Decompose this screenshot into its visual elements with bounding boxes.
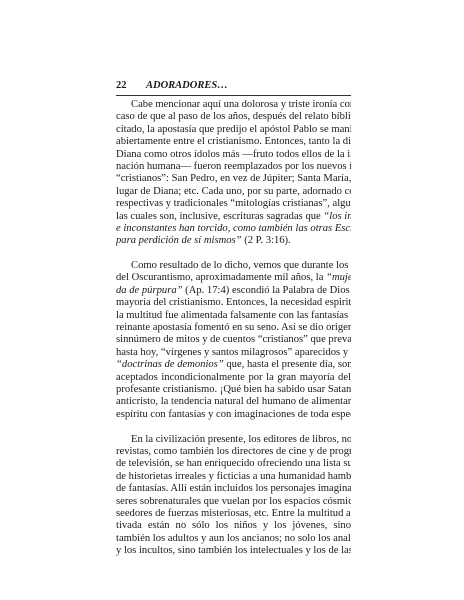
text-line: del Oscurantismo, aproximadamente mil añ… [116, 272, 351, 284]
italic-quote: “doctrinas de demonios” [116, 359, 224, 370]
running-title: ADORADORES… [146, 80, 228, 91]
paragraph: Como resultado de lo dicho, vemos que du… [116, 260, 351, 421]
text-line: y los incultos, sino también los intelec… [116, 545, 351, 557]
italic-quote: “mujer vesti- [326, 272, 351, 283]
text-line: para perdición de sí mismos” (2 P. 3:16)… [116, 235, 351, 247]
text-line: “cristianos”: San Pedro, en vez de Júpit… [116, 173, 351, 185]
text-run: “cristianos”: San Pedro, en vez de Júpit… [116, 173, 351, 184]
text-run: aceptados incondicionalmente por la gran… [116, 372, 351, 383]
text-line: la multitud fue alimentada falsamente co… [116, 310, 351, 322]
text-run: sinnúmero de mitos y de cuentos “cristia… [116, 334, 351, 345]
text-run: las cuales son, inclusive, escrituras sa… [116, 211, 323, 222]
header-rule [116, 95, 351, 96]
text-run: lugar de Diana; etc. Cada uno, por su pa… [116, 186, 351, 197]
text-run: (2 P. 3:16). [242, 235, 291, 246]
text-line: seedores de fuerzas misteriosas, etc. En… [116, 508, 351, 520]
text-run: respectivas y tradicionales “mitologías … [116, 198, 351, 209]
text-run: espíritu con fantasías y con imaginacion… [116, 409, 351, 420]
text-run: anticristo, la tendencia natural del hum… [116, 396, 351, 407]
text-line: anticristo, la tendencia natural del hum… [116, 396, 351, 408]
text-line: “doctrinas de demonios” que, hasta el pr… [116, 359, 351, 371]
text-line: Cabe mencionar aquí una dolorosa y trist… [116, 99, 351, 111]
book-page: 22 ADORADORES… Cabe mencionar aquí una d… [0, 0, 464, 600]
text-line: Como resultado de lo dicho, vemos que du… [116, 260, 351, 272]
text-run: (Ap. 17:4) escondió la Palabra de Dios a… [183, 285, 351, 296]
text-line: nación humana— fueron reemplazados por l… [116, 161, 351, 173]
text-line: también los adultos y aun los ancianos; … [116, 533, 351, 545]
text-line: profesante cristianismo. ¡Qué bien ha sa… [116, 384, 351, 396]
text-line: aceptados incondicionalmente por la gran… [116, 372, 351, 384]
italic-quote: para perdición de sí mismos” [116, 235, 242, 246]
text-line: respectivas y tradicionales “mitologías … [116, 198, 351, 210]
text-line: citado, la apostasía que predijo el após… [116, 124, 351, 136]
text-line: seres sobrenaturales que vuelan por los … [116, 496, 351, 508]
paragraph: En la civilización presente, los editore… [116, 434, 351, 558]
text-line: mayoría del cristianismo. Entonces, la n… [116, 297, 351, 309]
text-line: da de púrpura” (Ap. 17:4) escondió la Pa… [116, 285, 351, 297]
italic-quote: “los indoctos [323, 211, 351, 222]
italic-quote: e inconstantes han torcido, como también… [116, 223, 351, 234]
text-run: de historietas irreales y ficticias a un… [116, 471, 351, 482]
text-run: caso de que al paso de los años, después… [116, 111, 351, 122]
paragraph: Cabe mencionar aquí una dolorosa y trist… [116, 99, 351, 248]
page-number: 22 [116, 80, 127, 91]
running-header: 22 ADORADORES… [116, 80, 351, 94]
text-line: de historietas irreales y ficticias a un… [116, 471, 351, 483]
text-run: seres sobrenaturales que vuelan por los … [116, 496, 351, 507]
text-run: profesante cristianismo. ¡Qué bien ha sa… [116, 384, 351, 395]
text-run: hasta hoy, “vírgenes y santos milagrosos… [116, 347, 351, 358]
text-run: Diana como otros ídolos más —fruto todos… [116, 149, 351, 160]
text-line: En la civilización presente, los editore… [116, 434, 351, 446]
text-line: las cuales son, inclusive, escrituras sa… [116, 211, 351, 223]
text-run: Cabe mencionar aquí una dolorosa y trist… [131, 99, 351, 110]
text-run: de fantasías. Allí están incluidos los p… [116, 483, 351, 494]
text-run: reinante apostasía fomentó en su seno. A… [116, 322, 351, 333]
text-line: tivada están no sólo los niños y los jóv… [116, 520, 351, 532]
text-run: tivada están no sólo los niños y los jóv… [116, 520, 351, 531]
text-run: seedores de fuerzas misteriosas, etc. En… [116, 508, 351, 519]
text-line: caso de que al paso de los años, después… [116, 111, 351, 123]
text-line: sinnúmero de mitos y de cuentos “cristia… [116, 334, 351, 346]
text-line: lugar de Diana; etc. Cada uno, por su pa… [116, 186, 351, 198]
text-run: En la civilización presente, los editore… [131, 434, 351, 445]
text-line: de televisión, se han enriquecido ofreci… [116, 458, 351, 470]
text-run: revistas, como también los directores de… [116, 446, 351, 457]
text-line: revistas, como también los directores de… [116, 446, 351, 458]
text-line: espíritu con fantasías y con imaginacion… [116, 409, 351, 421]
text-run: abiertamente entre el cristianismo. Ento… [116, 136, 351, 147]
text-run: Como resultado de lo dicho, vemos que du… [131, 260, 351, 271]
text-run: también los adultos y aun los ancianos; … [116, 533, 351, 544]
text-line: Diana como otros ídolos más —fruto todos… [116, 149, 351, 161]
text-run: mayoría del cristianismo. Entonces, la n… [116, 297, 351, 308]
text-run: y los incultos, sino también los intelec… [116, 545, 351, 556]
text-run: que, hasta el presente día, son [224, 359, 351, 370]
text-run: nación humana— fueron reemplazados por l… [116, 161, 351, 172]
text-line: hasta hoy, “vírgenes y santos milagrosos… [116, 347, 351, 359]
text-run: citado, la apostasía que predijo el após… [116, 124, 351, 135]
text-run: de televisión, se han enriquecido ofreci… [116, 458, 351, 469]
text-line: e inconstantes han torcido, como también… [116, 223, 351, 235]
text-line: abiertamente entre el cristianismo. Ento… [116, 136, 351, 148]
text-line: de fantasías. Allí están incluidos los p… [116, 483, 351, 495]
italic-quote: da de púrpura” [116, 285, 183, 296]
body-text: Cabe mencionar aquí una dolorosa y trist… [116, 99, 351, 557]
text-line: reinante apostasía fomentó en su seno. A… [116, 322, 351, 334]
text-run: la multitud fue alimentada falsamente co… [116, 310, 351, 321]
text-run: del Oscurantismo, aproximadamente mil añ… [116, 272, 326, 283]
